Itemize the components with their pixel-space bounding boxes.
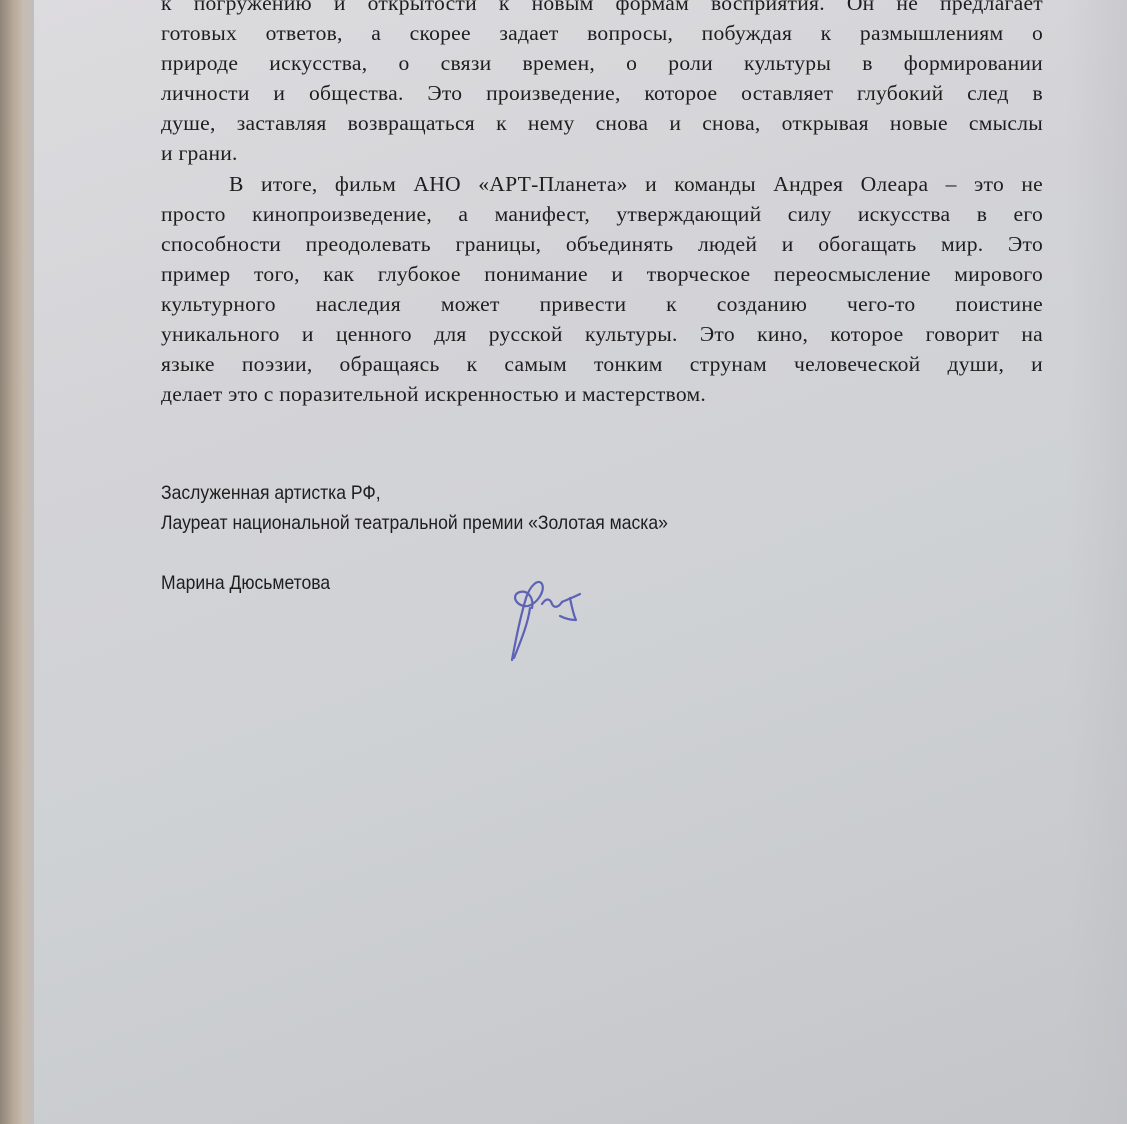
text-line: готовых ответов, а скорее задает вопросы… (161, 18, 1043, 48)
signer-award: Лауреат национальной театральной премии … (161, 508, 845, 538)
text-line: душе, заставляя возвращаться к нему снов… (161, 108, 1043, 138)
paper-edge-shadow (0, 0, 34, 1124)
text-line: пример того, как глубокое понимание и тв… (161, 259, 1043, 289)
text-line: уникального и ценного для русской культу… (161, 319, 1043, 349)
text-line: и грани. (161, 138, 1043, 168)
paragraph-2: В итоге, фильм АНО «АРТ-Планета» и коман… (161, 169, 1043, 410)
text-line: природе искусства, о связи времен, о рол… (161, 48, 1043, 78)
text-line: просто кинопроизведение, а манифест, утв… (161, 199, 1043, 229)
text-line: к погружению и открытости к новым формам… (161, 0, 1043, 18)
text-line: личности и общества. Это произведение, к… (161, 78, 1043, 108)
paragraph-1: к погружению и открытости к новым формам… (161, 0, 1043, 169)
text-line: способности преодолевать границы, объеди… (161, 229, 1043, 259)
text-line: культурного наследия может привести к со… (161, 289, 1043, 319)
text-line: делает это с поразительной искренностью … (161, 379, 1043, 409)
letter-body: к погружению и открытости к новым формам… (161, 0, 1043, 409)
text-line: В итоге, фильм АНО «АРТ-Планета» и коман… (161, 169, 1043, 199)
handwritten-signature-icon (490, 568, 610, 668)
text-line: языке поэзии, обращаясь к самым тонким с… (161, 349, 1043, 379)
signer-title: Заслуженная артистка РФ, (161, 478, 845, 508)
